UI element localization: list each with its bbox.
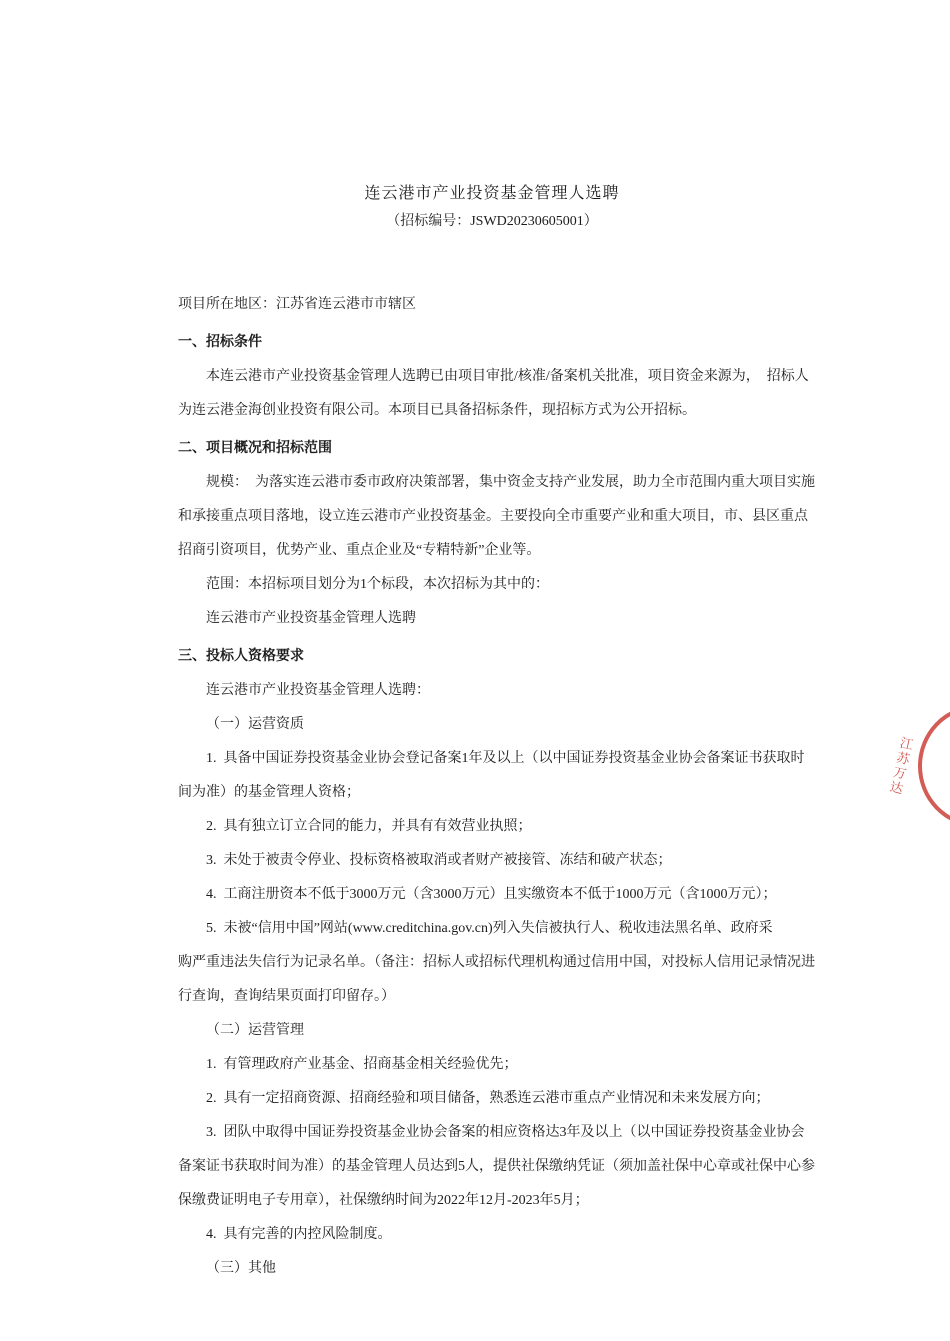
title-body-gap (178, 236, 806, 288)
doc-line: 备案证书获取时间为准）的基金管理人员达到5人，提供社保缴纳凭证（须加盖社保中心章… (178, 1150, 806, 1184)
document-body: 项目所在地区：江苏省连云港市市辖区一、招标条件本连云港市产业投资基金管理人选聘已… (178, 288, 806, 1286)
red-seal-text: 江苏万达 (886, 735, 913, 797)
doc-line: 项目所在地区：江苏省连云港市市辖区 (178, 288, 806, 322)
document-content: 连云港市产业投资基金管理人选聘 （招标编号：JSWD20230605001） 项… (178, 180, 806, 1286)
doc-line: 连云港市产业投资基金管理人选聘 (178, 602, 806, 636)
doc-line: 招商引资项目，优势产业、重点企业及“专精特新”企业等。 (178, 534, 806, 568)
red-seal-ring (918, 705, 950, 827)
doc-line: 规模： 为落实连云港市委市政府决策部署，集中资金支持产业发展，助力全市范围内重大… (178, 466, 806, 500)
doc-line: 和承接重点项目落地，设立连云港市产业投资基金。主要投向全市重要产业和重大项目，市… (178, 500, 806, 534)
doc-line: 4. 具有完善的内控风险制度。 (178, 1218, 806, 1252)
doc-line: （二）运营管理 (178, 1014, 806, 1048)
doc-line: 购严重违法失信行为记录名单。（备注：招标人或招标代理机构通过信用中国，对投标人信… (178, 946, 806, 980)
doc-line: 1. 具备中国证券投资基金业协会登记备案1年及以上（以中国证券投资基金业协会备案… (178, 742, 806, 776)
doc-line: 5. 未被“信用中国”网站(www.creditchina.gov.cn)列入失… (178, 912, 806, 946)
doc-line: 2. 具有一定招商资源、招商经验和项目储备，熟悉连云港市重点产业情况和未来发展方… (178, 1082, 806, 1116)
doc-line: 3. 未处于被责令停业、投标资格被取消或者财产被接管、冻结和破产状态； (178, 844, 806, 878)
doc-line: 范围：本招标项目划分为1个标段，本次招标为其中的： (178, 568, 806, 602)
doc-line: 4. 工商注册资本不低于3000万元（含3000万元）且实缴资本不低于1000万… (178, 878, 806, 912)
tender-number: （招标编号：JSWD20230605001） (178, 208, 806, 236)
doc-line: 行查询，查询结果页面打印留存。） (178, 980, 806, 1014)
doc-line: 保缴费证明电子专用章），社保缴纳时间为2022年12月-2023年5月； (178, 1184, 806, 1218)
doc-line: 1. 有管理政府产业基金、招商基金相关经验优先； (178, 1048, 806, 1082)
doc-section-heading: 二、项目概况和招标范围 (178, 432, 806, 466)
doc-line: （一）运营资质 (178, 708, 806, 742)
doc-line: （三）其他 (178, 1252, 806, 1286)
doc-line: 为连云港金海创业投资有限公司。本项目已具备招标条件，现招标方式为公开招标。 (178, 394, 806, 428)
doc-section-heading: 一、招标条件 (178, 326, 806, 360)
doc-line: 本连云港市产业投资基金管理人选聘已由项目审批/核准/备案机关批准，项目资金来源为… (178, 360, 806, 394)
doc-line: 3. 团队中取得中国证券投资基金业协会备案的相应资格达3年及以上（以中国证券投资… (178, 1116, 806, 1150)
doc-line: 连云港市产业投资基金管理人选聘： (178, 674, 806, 708)
doc-section-heading: 三、投标人资格要求 (178, 640, 806, 674)
document-title: 连云港市产业投资基金管理人选聘 (178, 180, 806, 208)
doc-line: 间为准）的基金管理人资格； (178, 776, 806, 810)
doc-line: 2. 具有独立订立合同的能力，并具有有效营业执照； (178, 810, 806, 844)
document-page: 连云港市产业投资基金管理人选聘 （招标编号：JSWD20230605001） 项… (0, 0, 950, 1341)
